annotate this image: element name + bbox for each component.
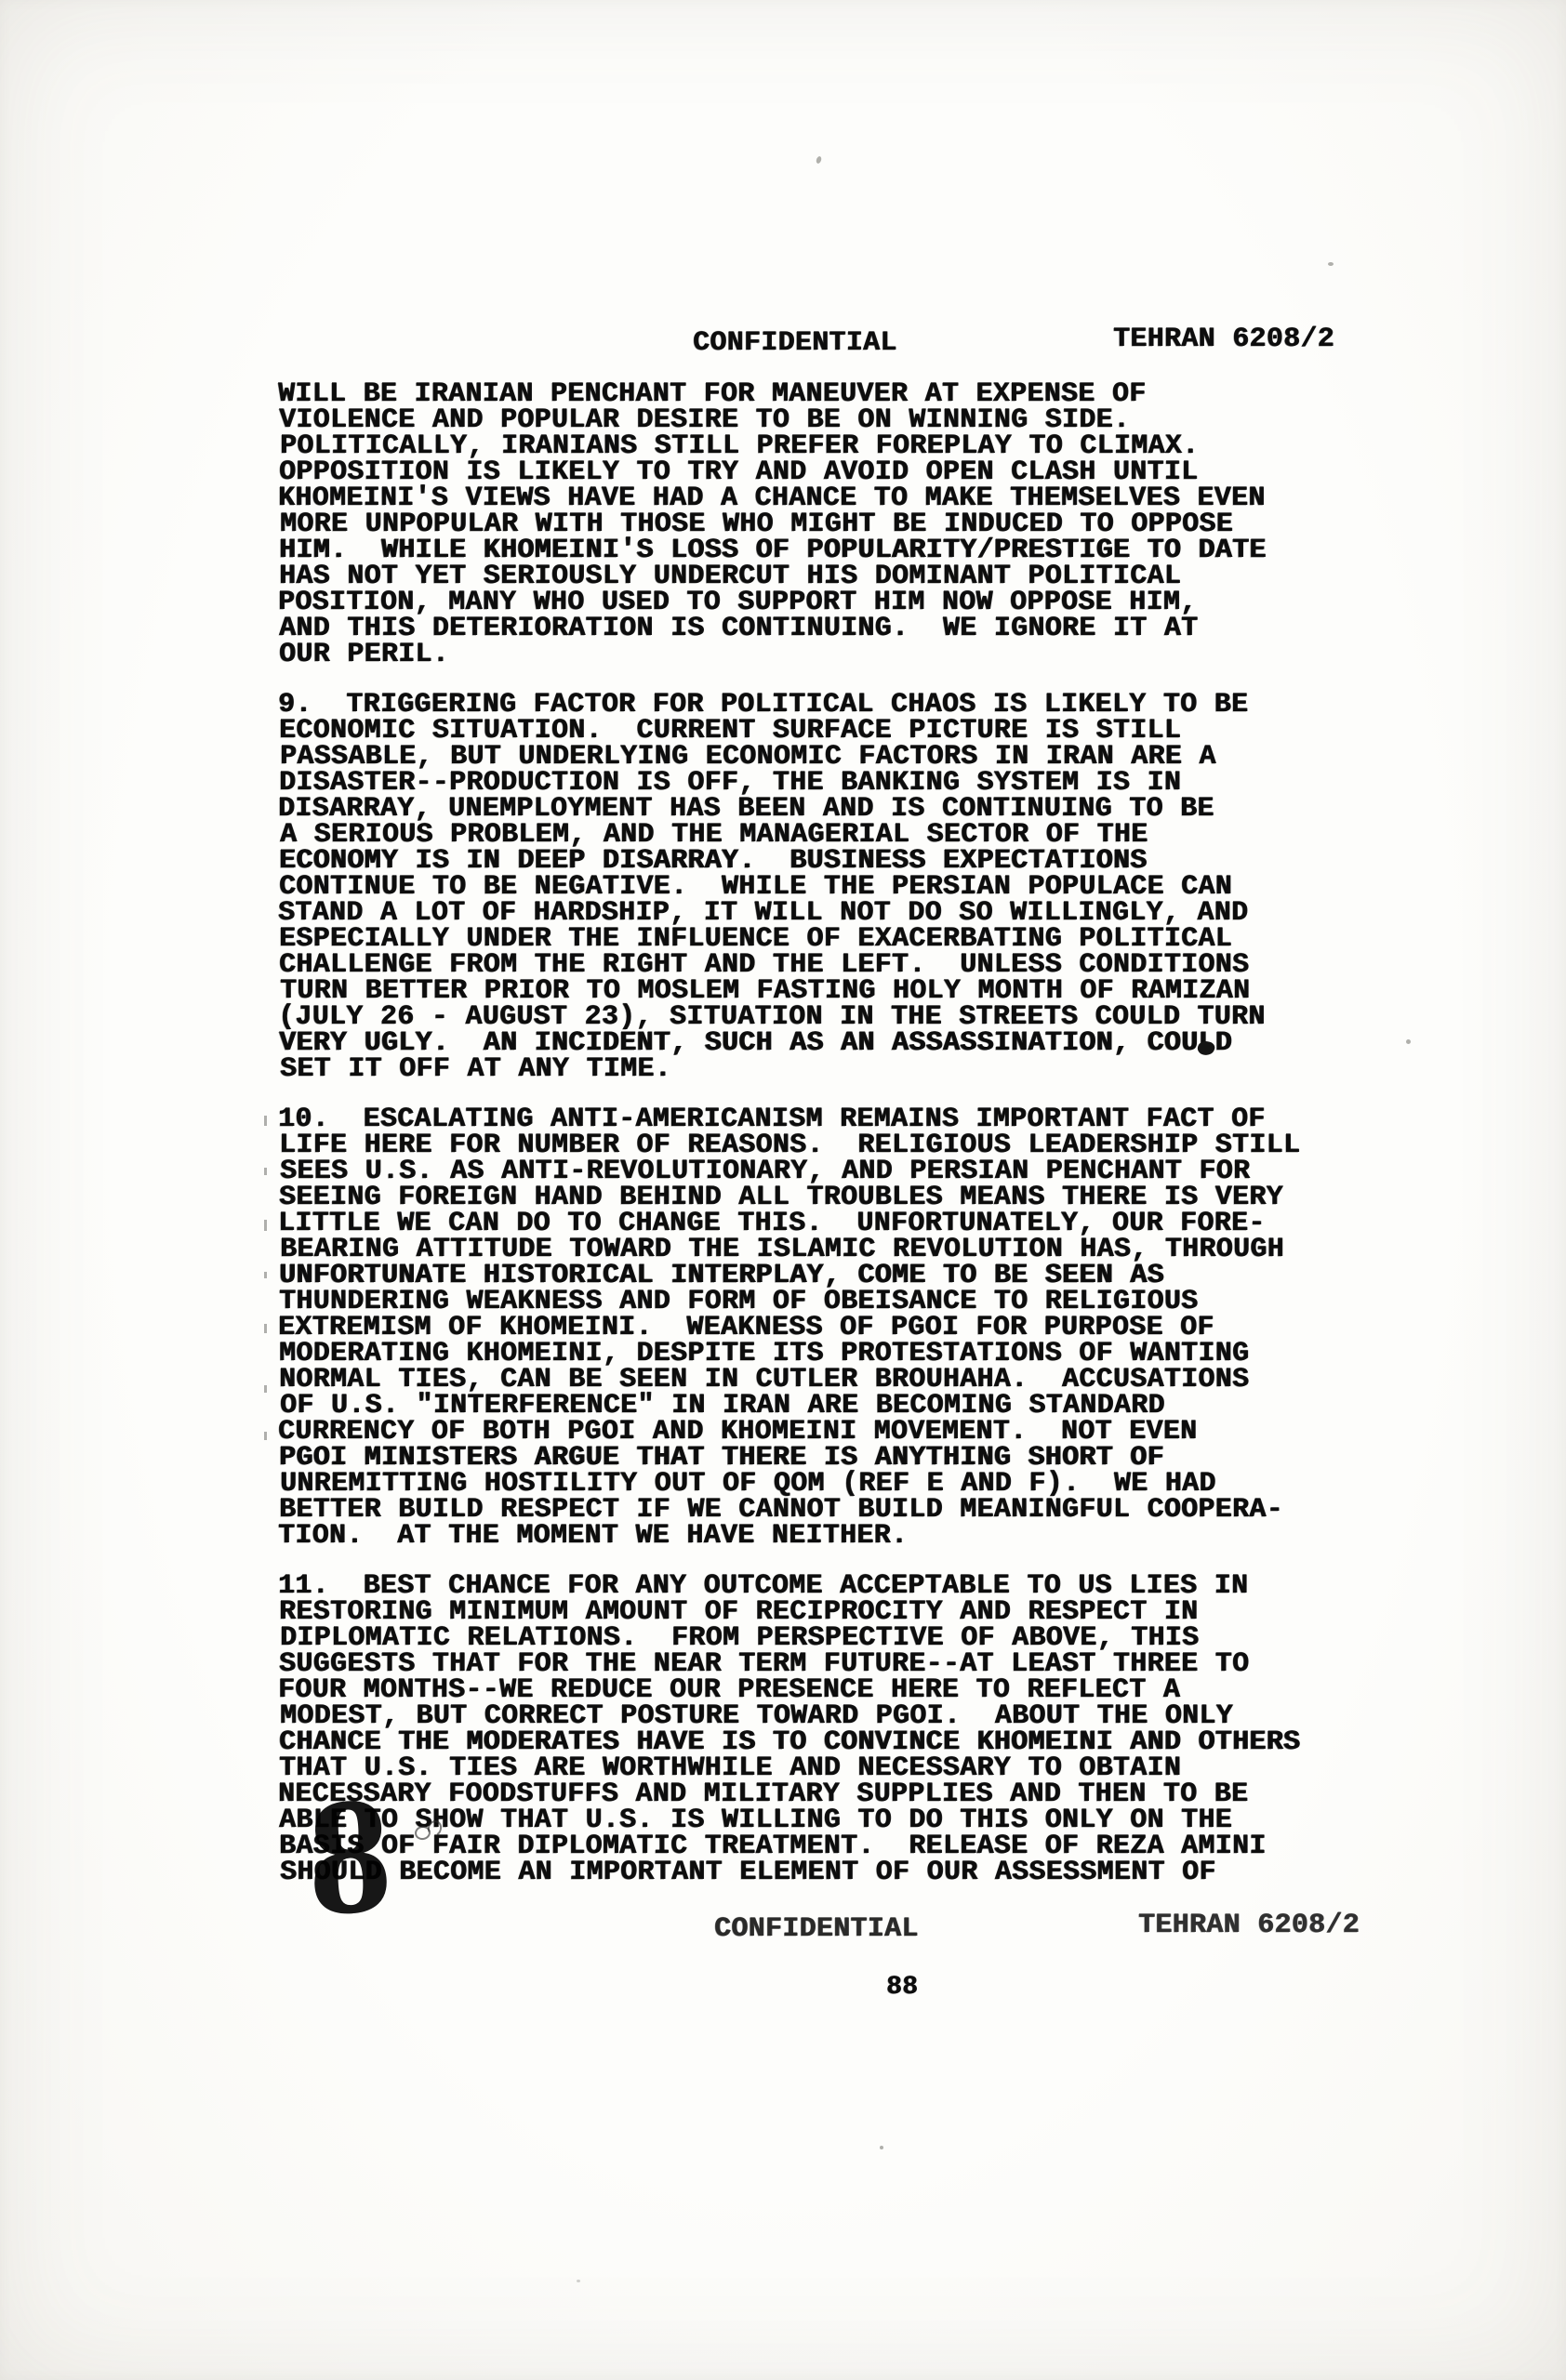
margin-tick-artifact — [264, 1324, 267, 1333]
text-line: TION. AT THE MOMENT WE HAVE NEITHER. — [278, 1523, 1299, 1549]
text-line: LIFE HERE FOR NUMBER OF REASONS. RELIGIO… — [279, 1132, 1300, 1158]
text-line: A SERIOUS PROBLEM, AND THE MANAGERIAL SE… — [280, 822, 1301, 848]
text-line: MODERATING KHOMEINI, DESPITE ITS PROTEST… — [279, 1341, 1300, 1367]
text-line: THAT U.S. TIES ARE WORTHWHILE AND NECESS… — [279, 1755, 1300, 1781]
scanned-cable-page: CONFIDENTIAL TEHRAN 6208/2 WILL BE IRANI… — [0, 0, 1566, 2380]
text-line: BETTER BUILD RESPECT IF WE CANNOT BUILD … — [279, 1497, 1300, 1523]
text-line: MODEST, BUT CORRECT POSTURE TOWARD PGOI.… — [280, 1703, 1301, 1729]
text-line: BEARING ATTITUDE TOWARD THE ISLAMIC REVO… — [280, 1236, 1301, 1263]
text-line: ABLE TO SHOW THAT U.S. IS WILLING TO DO … — [279, 1807, 1300, 1833]
text-line: VERY UGLY. AN INCIDENT, SUCH AS AN ASSAS… — [279, 1030, 1300, 1056]
paragraph-10: 10. ESCALATING ANTI-AMERICANISM REMAINS … — [279, 1106, 1300, 1549]
text-line: DISASTER--PRODUCTION IS OFF, THE BANKING… — [279, 770, 1300, 796]
text-line: CHANCE THE MODERATES HAVE IS TO CONVINCE… — [279, 1729, 1300, 1755]
cable-body-text: WILL BE IRANIAN PENCHANT FOR MANEUVER AT… — [279, 381, 1300, 1910]
text-line: AND THIS DETERIORATION IS CONTINUING. WE… — [279, 615, 1300, 641]
scan-speck-artifact — [577, 2280, 580, 2282]
text-line: (JULY 26 - AUGUST 23), SITUATION IN THE … — [278, 1004, 1299, 1030]
text-line: TURN BETTER PRIOR TO MOSLEM FASTING HOLY… — [280, 978, 1301, 1004]
text-line: HIM. WHILE KHOMEINI'S LOSS OF POPULARITY… — [279, 537, 1300, 563]
text-line: STAND A LOT OF HARDSHIP, IT WILL NOT DO … — [278, 900, 1299, 926]
paragraph-11: 11. BEST CHANCE FOR ANY OUTCOME ACCEPTAB… — [279, 1573, 1300, 1885]
margin-tick-artifact — [264, 1168, 267, 1175]
paragraph-9: 9. TRIGGERING FACTOR FOR POLITICAL CHAOS… — [279, 692, 1300, 1082]
text-line: ECONOMY IS IN DEEP DISARRAY. BUSINESS EX… — [279, 848, 1300, 874]
text-line: POLITICALLY, IRANIANS STILL PREFER FOREP… — [280, 433, 1301, 459]
text-line: DISARRAY, UNEMPLOYMENT HAS BEEN AND IS C… — [278, 796, 1299, 822]
text-line: NORMAL TIES, CAN BE SEEN IN CUTLER BROUH… — [279, 1367, 1300, 1393]
margin-tick-artifact — [264, 1272, 267, 1278]
text-line: ESPECIALLY UNDER THE INFLUENCE OF EXACER… — [279, 926, 1300, 952]
scan-speck-artifact — [816, 155, 822, 164]
text-line: PGOI MINISTERS ARGUE THAT THERE IS ANYTH… — [279, 1445, 1300, 1471]
text-line: CHALLENGE FROM THE RIGHT AND THE LEFT. U… — [279, 952, 1300, 978]
text-line: FOUR MONTHS--WE REDUCE OUR PRESENCE HERE… — [278, 1677, 1299, 1703]
text-line: WILL BE IRANIAN PENCHANT FOR MANEUVER AT… — [278, 381, 1299, 407]
text-line: SET IT OFF AT ANY TIME. — [280, 1056, 1301, 1082]
scan-speck-artifact — [1406, 1039, 1411, 1044]
text-line: SEEING FOREIGN HAND BEHIND ALL TROUBLES … — [279, 1184, 1300, 1210]
margin-tick-artifact — [264, 1220, 267, 1231]
text-line: HAS NOT YET SERIOUSLY UNDERCUT HIS DOMIN… — [279, 563, 1300, 589]
text-line: CURRENCY OF BOTH PGOI AND KHOMEINI MOVEM… — [278, 1419, 1299, 1445]
text-line: 11. BEST CHANCE FOR ANY OUTCOME ACCEPTAB… — [278, 1573, 1299, 1599]
text-line: 10. ESCALATING ANTI-AMERICANISM REMAINS … — [278, 1106, 1299, 1132]
text-line: OF U.S. "INTERFERENCE" IN IRAN ARE BECOM… — [280, 1393, 1301, 1419]
text-line: RESTORING MINIMUM AMOUNT OF RECIPROCITY … — [279, 1599, 1300, 1625]
text-line: KHOMEINI'S VIEWS HAVE HAD A CHANCE TO MA… — [278, 485, 1299, 511]
text-line: MORE UNPOPULAR WITH THOSE WHO MIGHT BE I… — [280, 511, 1301, 537]
text-line: PASSABLE, BUT UNDERLYING ECONOMIC FACTOR… — [280, 744, 1301, 770]
text-line: EXTREMISM OF KHOMEINI. WEAKNESS OF PGOI … — [278, 1315, 1299, 1341]
margin-tick-artifact — [264, 1432, 267, 1440]
text-line: POSITION, MANY WHO USED TO SUPPORT HIM N… — [278, 589, 1299, 615]
footer-classification: CONFIDENTIAL — [714, 1913, 919, 1945]
header-classification: CONFIDENTIAL — [693, 327, 897, 359]
header-cable-reference: TEHRAN 6208/2 — [1113, 324, 1334, 355]
text-line: NECESSARY FOODSTUFFS AND MILITARY SUPPLI… — [278, 1781, 1299, 1807]
text-line: 9. TRIGGERING FACTOR FOR POLITICAL CHAOS… — [278, 692, 1299, 718]
text-line: LITTLE WE CAN DO TO CHANGE THIS. UNFORTU… — [278, 1210, 1299, 1236]
paragraph-8-continuation: WILL BE IRANIAN PENCHANT FOR MANEUVER AT… — [279, 381, 1300, 668]
text-line: OUR PERIL. — [279, 641, 1300, 668]
text-line: SUGGESTS THAT FOR THE NEAR TERM FUTURE--… — [279, 1651, 1300, 1677]
text-line: OPPOSITION IS LIKELY TO TRY AND AVOID OP… — [279, 459, 1300, 485]
margin-tick-artifact — [264, 1116, 267, 1126]
text-line: SHOULD BECOME AN IMPORTANT ELEMENT OF OU… — [280, 1859, 1301, 1885]
scan-speck-artifact — [880, 2146, 883, 2149]
margin-tick-artifact — [264, 1385, 267, 1393]
text-line: CONTINUE TO BE NEGATIVE. WHILE THE PERSI… — [279, 874, 1300, 900]
scan-speck-artifact — [1328, 262, 1334, 266]
text-line: ECONOMIC SITUATION. CURRENT SURFACE PICT… — [279, 718, 1300, 744]
text-line: SEES U.S. AS ANTI-REVOLUTIONARY, AND PER… — [280, 1158, 1301, 1184]
text-line: UNFORTUNATE HISTORICAL INTERPLAY, COME T… — [279, 1263, 1300, 1289]
page-number: 88 — [886, 1973, 918, 2002]
handwritten-stamp-8: 8 — [305, 1803, 394, 1917]
text-line: VIOLENCE AND POPULAR DESIRE TO BE ON WIN… — [279, 407, 1300, 433]
footer-cable-reference: TEHRAN 6208/2 — [1138, 1910, 1360, 1941]
text-line: BASIS OF FAIR DIPLOMATIC TREATMENT. RELE… — [279, 1833, 1300, 1859]
text-line: DIPLOMATIC RELATIONS. FROM PERSPECTIVE O… — [280, 1625, 1301, 1651]
text-line: UNREMITTING HOSTILITY OUT OF QOM (REF E … — [280, 1471, 1301, 1497]
text-line: THUNDERING WEAKNESS AND FORM OF OBEISANC… — [279, 1289, 1300, 1315]
